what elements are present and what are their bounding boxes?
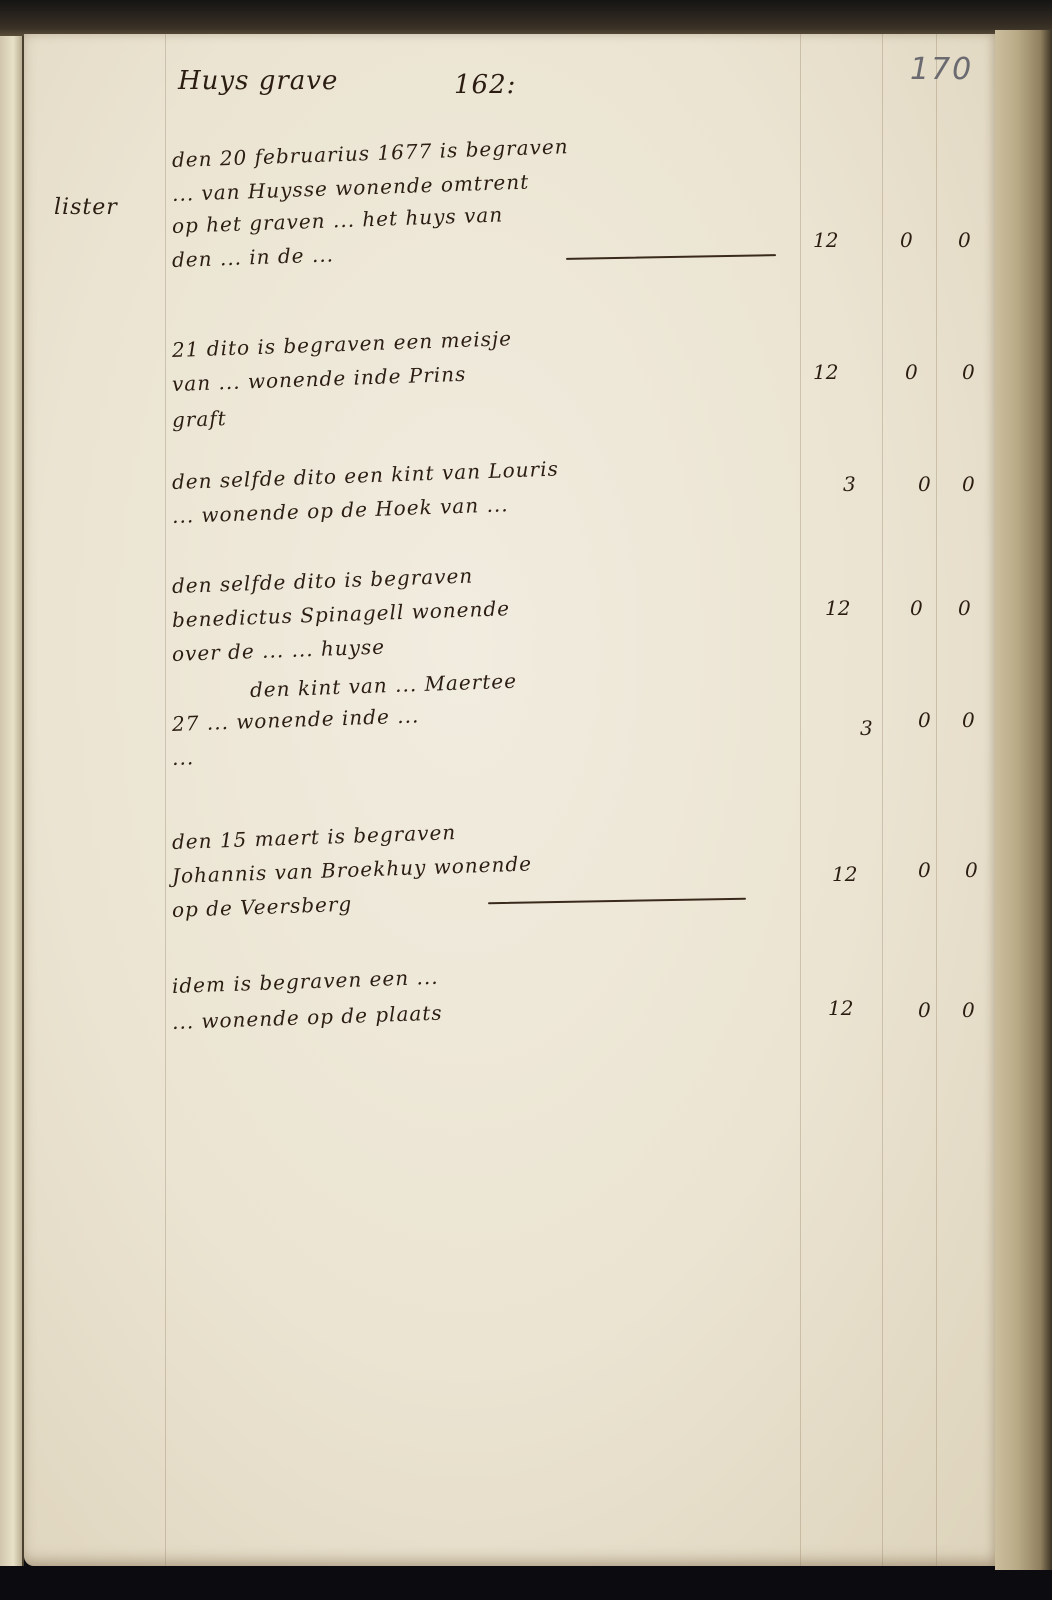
amount-penningen: 0: [962, 360, 975, 384]
facing-page-edge: [0, 36, 24, 1566]
amount-guilders: 3: [860, 716, 873, 740]
entry-line: graft: [172, 406, 228, 432]
manuscript-page: [24, 34, 999, 1566]
amount-stuivers: 0: [918, 998, 931, 1022]
amount-column-rule-1: [800, 34, 801, 1566]
page-heading: Huys grave: [178, 66, 338, 96]
folio-number: 170: [910, 52, 973, 87]
amount-column-rule-3: [936, 34, 937, 1566]
amount-stuivers: 0: [900, 228, 913, 252]
amount-stuivers: 0: [910, 596, 923, 620]
amount-guilders: 12: [828, 996, 853, 1020]
amount-penningen: 0: [958, 228, 971, 252]
amount-stuivers: 0: [918, 472, 931, 496]
page-heading-number: 162:: [454, 70, 516, 100]
entry-line: ...: [172, 745, 195, 770]
amount-stuivers: 0: [918, 858, 931, 882]
margin-rule: [165, 34, 166, 1566]
amount-guilders: 12: [832, 862, 857, 886]
amount-stuivers: 0: [918, 708, 931, 732]
amount-penningen: 0: [965, 858, 978, 882]
amount-penningen: 0: [962, 998, 975, 1022]
amount-stuivers: 0: [905, 360, 918, 384]
amount-guilders: 3: [843, 472, 856, 496]
amount-penningen: 0: [958, 596, 971, 620]
margin-note: lister: [54, 195, 118, 220]
amount-guilders: 12: [813, 360, 838, 384]
amount-penningen: 0: [962, 472, 975, 496]
amount-guilders: 12: [825, 596, 850, 620]
amount-penningen: 0: [962, 708, 975, 732]
amount-guilders: 12: [813, 228, 838, 252]
book-right-edge: [995, 30, 1052, 1570]
amount-column-rule-2: [882, 34, 883, 1566]
